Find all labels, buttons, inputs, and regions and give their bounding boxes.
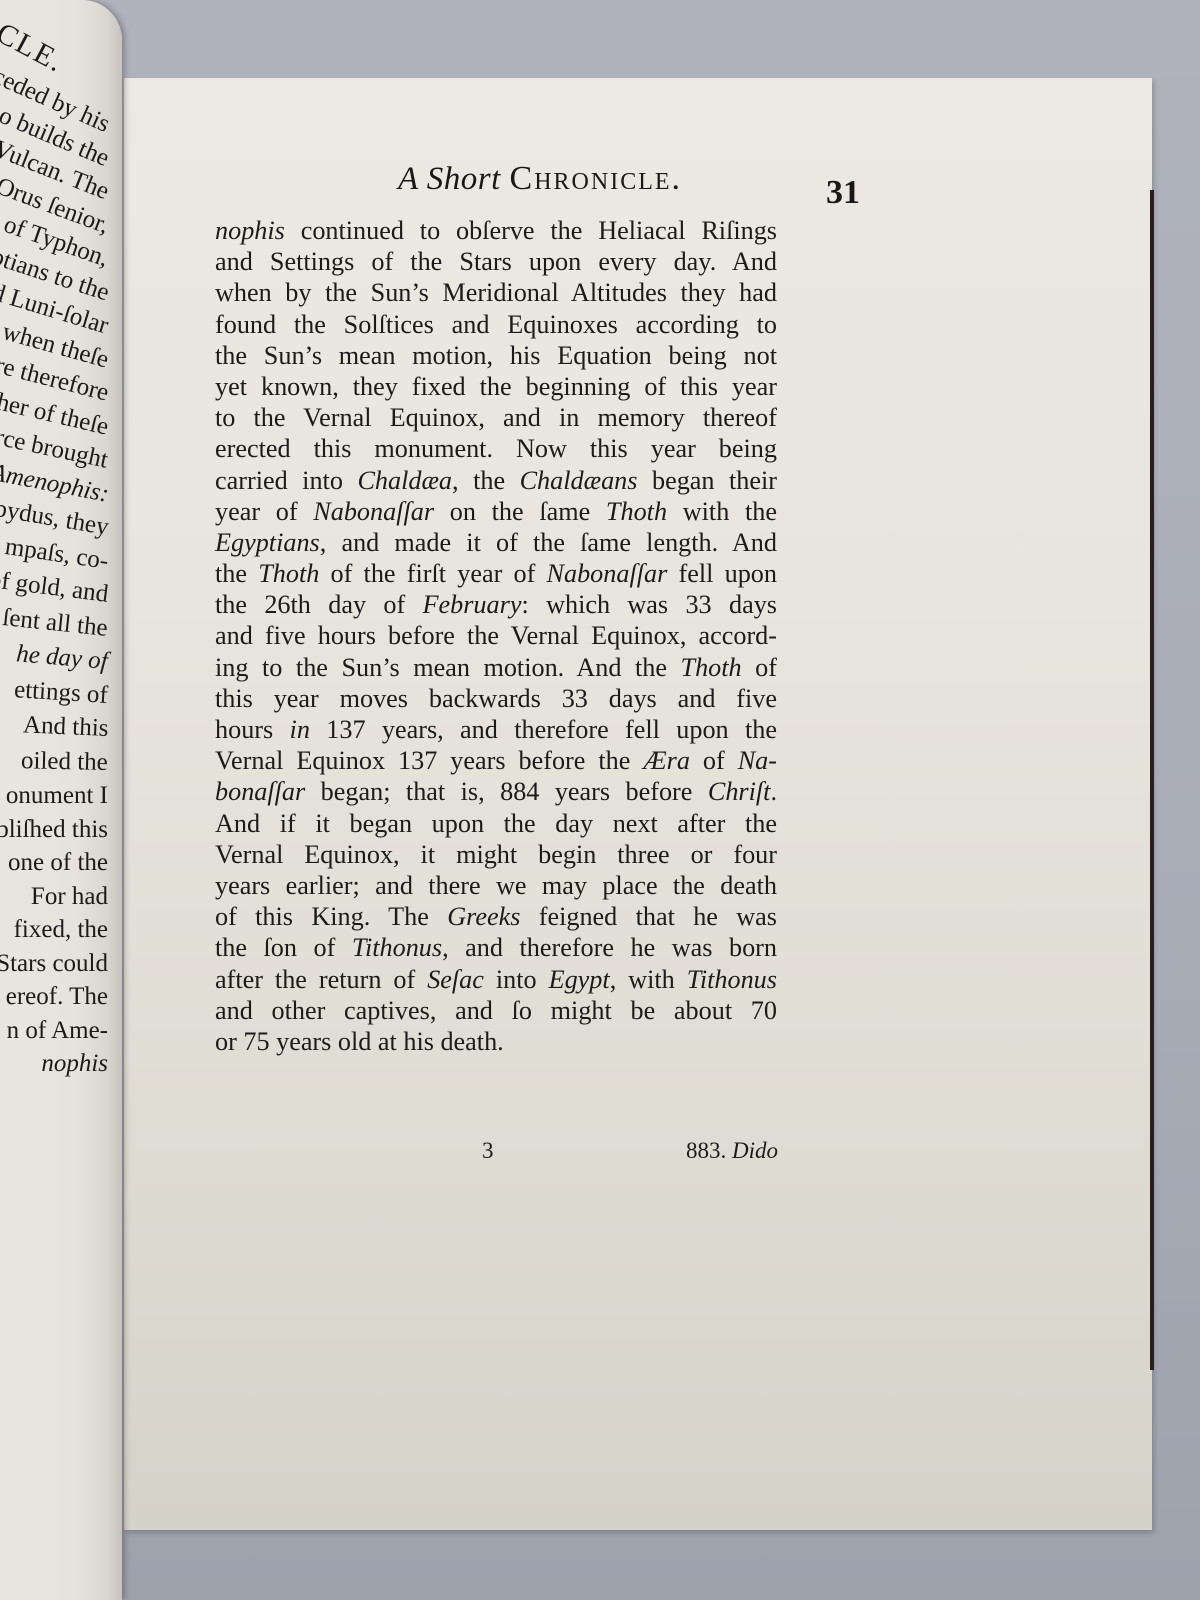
text-line: hours in 137 years, and therefore fell u… [215,714,777,745]
text-line: when by the Sun’s Meridional Altitudes t… [215,277,777,308]
left-text-line: one of the [8,849,108,877]
catchword: 883. Dido [686,1138,778,1164]
text-line: this year moves backwards 33 days and fi… [215,683,777,714]
text-line: carried into Chaldæa, the Chaldæans bega… [215,465,777,496]
left-text-line: fixed, the [14,916,108,944]
body-text: nophis continued to obſerve the Heliacal… [215,215,777,1057]
text-line: after the return of Seſac into Egypt, wi… [215,964,777,995]
text-line: yet known, they fixed the beginning of t… [215,371,777,402]
text-line: and other captives, and ſo might be abou… [215,995,777,1026]
text-line: bonaſſar began; that is, 884 years befor… [215,776,777,807]
left-text-line: And this [22,711,109,743]
binding-edge [1150,190,1154,1370]
text-line: found the Solſtices and Equinoxes accord… [215,309,777,340]
left-text-line: Stars could [0,950,108,978]
left-text-line: For had [31,883,108,911]
text-line: nophis continued to obſerve the Heliacal… [215,215,777,246]
text-line: ing to the Sun’s mean motion. And the Th… [215,652,777,683]
running-head-italic: A Short [398,161,501,197]
running-head-caps: Chronicle. [510,160,683,197]
left-text-line: ettings of [14,676,109,710]
text-line: year of Nabonaſſar on the ſame Thoth wit… [215,496,777,527]
left-text-line: onument I [6,782,108,810]
text-line: Vernal Equinox 137 years before the Æra … [215,745,777,776]
left-text-line: he day of [16,640,110,676]
left-text-line: ſent all the [2,604,110,643]
text-line: the Sun’s mean motion, his Equation bein… [215,340,777,371]
page-number: 31 [826,174,860,212]
running-head: A Short Chronicle. [340,160,740,198]
text-line: and five hours before the Vernal Equinox… [215,620,777,651]
left-text-line: n of Ame- [7,1017,108,1045]
text-line: or 75 years old at his death. [215,1026,777,1057]
text-line: and Settings of the Stars upon every day… [215,246,777,277]
left-page: CLE.cceded by hiso builds theVulcan. The… [0,0,122,1600]
text-line: Vernal Equinox, it might begin three or … [215,839,777,870]
left-page-text: CLE.cceded by hiso builds theVulcan. The… [0,0,122,1600]
left-text-line: oiled the [21,747,108,777]
left-text-line: ereof. The [6,983,108,1011]
catchword-word: Dido [732,1138,778,1163]
text-line: the Thoth of the firſt year of Nabonaſſa… [215,558,777,589]
text-line: the ſon of Tithonus, and therefore he wa… [215,932,777,963]
text-line: the 26th day of February: which was 33 d… [215,589,777,620]
text-line: years earlier; and there we may place th… [215,870,777,901]
text-line: of this King. The Greeks feigned that he… [215,901,777,932]
catchword-number: 883. [686,1138,726,1163]
text-line: erected this monument. Now this year bei… [215,433,777,464]
text-line: Egyptians, and made it of the ſame lengt… [215,527,777,558]
text-line: And if it began upon the day next after … [215,808,777,839]
text-line: to the Vernal Equinox, and in memory the… [215,402,777,433]
left-text-line: bliſhed this [0,816,108,844]
left-text-line: nophis [41,1050,108,1078]
signature-mark: 3 [482,1138,494,1164]
